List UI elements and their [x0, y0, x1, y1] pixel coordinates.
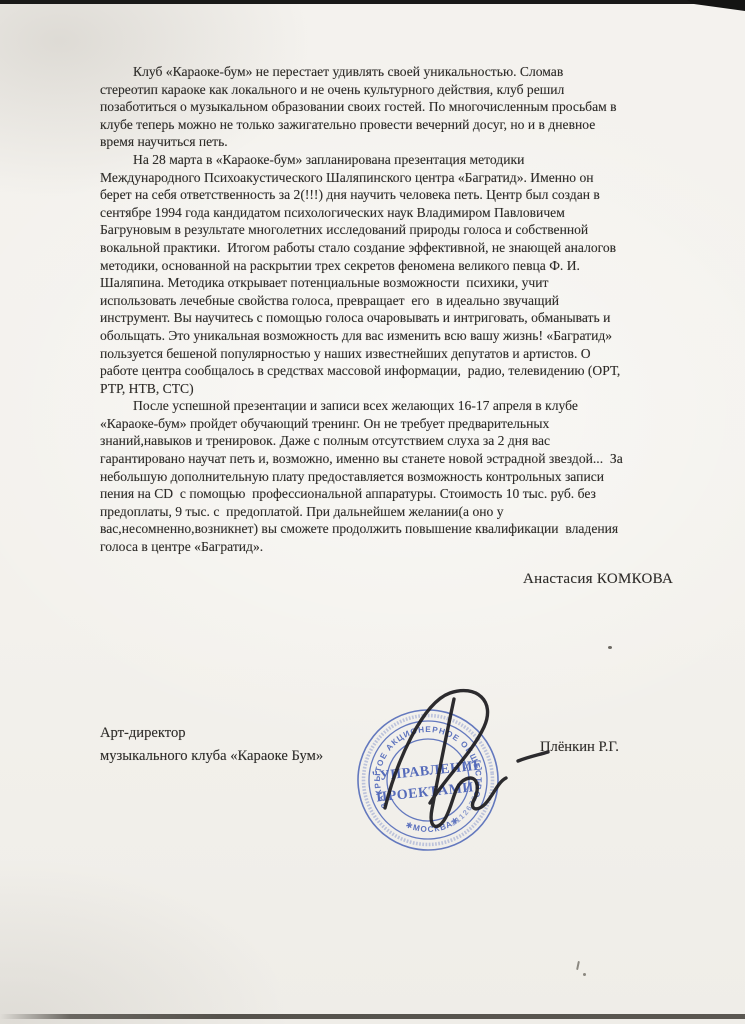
scan-speck: [583, 973, 586, 976]
scan-edge-bottom: [0, 1014, 745, 1019]
scan-speck: [608, 646, 612, 649]
footer-role-line2: музыкального клуба «Караоке Бум»: [100, 745, 323, 768]
stamp-rings: ЗАКРЫТОЕ АКЦИОНЕРНОЕ ОБЩЕСТВО ✱МОСКВА✱ 3…: [351, 703, 505, 857]
scan-edge-top: [0, 0, 745, 4]
author-signoff: Анастасия КОМКОВА: [523, 571, 673, 588]
paragraph: На 28 марта в «Караоке-бум» запланирован…: [100, 151, 680, 397]
document-text: Клуб «Караоке-бум» не перестает удивлять…: [100, 63, 680, 556]
paragraph: После успешной презентации и записи всех…: [100, 397, 680, 555]
scan-edge-corner: [687, 0, 745, 11]
footer-role-line1: Арт-директор: [100, 722, 323, 745]
scanned-letter-page: Клуб «Караоке-бум» не перестает удивлять…: [0, 0, 745, 1024]
company-stamp: ЗАКРЫТОЕ АКЦИОНЕРНОЕ ОБЩЕСТВО ✱МОСКВА✱ 3…: [330, 685, 565, 870]
scan-speck: [576, 961, 580, 970]
paragraph: Клуб «Караоке-бум» не перестает удивлять…: [100, 63, 680, 151]
footer-role: Арт-директор музыкального клуба «Караоке…: [100, 722, 323, 768]
